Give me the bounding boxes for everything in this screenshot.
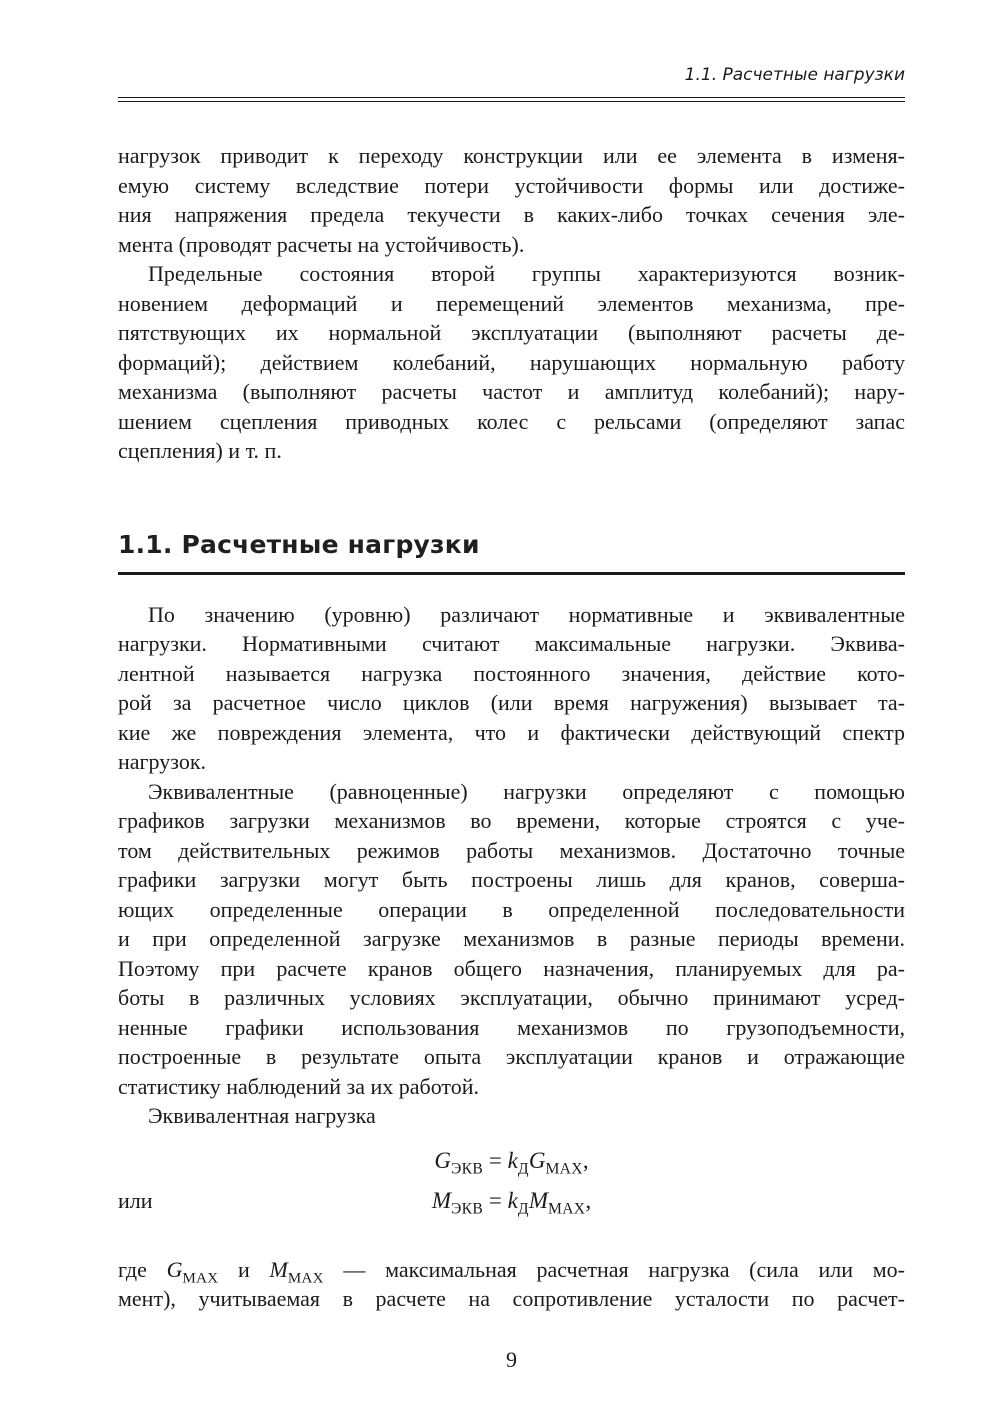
text-line: боты в различных условиях эксплуатации, …	[118, 983, 905, 1013]
paragraph: По значению (уровню) различают нормативн…	[118, 600, 905, 777]
text-line: графиков загрузки механизмов во времени,…	[118, 806, 905, 836]
text-line: сцепления) и т. п.	[118, 436, 905, 466]
section-heading: 1.1. Расчетные нагрузки	[118, 530, 905, 560]
text-line: Эквивалентная нагрузка	[118, 1101, 905, 1131]
text-line: пятствующих их нормальной эксплуатации (…	[118, 318, 905, 348]
text-line: Эквивалентные (равноценные) нагрузки опр…	[118, 777, 905, 807]
formula-variable: M	[529, 1188, 548, 1213]
text-line: нагрузок.	[118, 747, 905, 777]
text-line: ния напряжения предела текучести в каких…	[118, 200, 905, 230]
formula-equivalent-load-g: GЭКВ = kДGMAX,	[118, 1143, 905, 1179]
paragraph: нагрузок приводит к переходу конструкции…	[118, 141, 905, 259]
text-line: емую систему вследствие потери устойчиво…	[118, 171, 905, 201]
text-line: построенные в результате опыта эксплуата…	[118, 1042, 905, 1072]
text-line: мент), учитываемая в расчете на сопротив…	[118, 1284, 905, 1314]
formula-subscript: ЭКВ	[451, 1160, 483, 1177]
book-page: 1.1. Расчетные нагрузки нагрузок приводи…	[0, 0, 1004, 1418]
paragraph: где GMAX и MMAX — максимальная расчетная…	[118, 1255, 905, 1314]
formula-equals: =	[483, 1188, 507, 1213]
text-line: ненные графики использования механизмов …	[118, 1013, 905, 1043]
formula-comma: ,	[585, 1188, 591, 1213]
text-line: Предельные состояния второй группы харак…	[118, 259, 905, 289]
text-line: графики загрузки могут быть построены ли…	[118, 865, 905, 895]
paragraph: Эквивалентная нагрузка	[118, 1101, 905, 1131]
where-description: — максимальная расчетная нагрузка (сила …	[324, 1257, 905, 1282]
running-header: 1.1. Расчетные нагрузки	[118, 64, 905, 86]
text-line: нагрузки. Нормативными считают максималь…	[118, 629, 905, 659]
text-line: механизма (выполняют расчеты частот и ам…	[118, 377, 905, 407]
formula-subscript: Д	[518, 1160, 529, 1177]
formula-variable: k	[508, 1188, 518, 1213]
formula-variable: G	[529, 1148, 546, 1173]
text-line: ющих определенные операции в определенно…	[118, 895, 905, 925]
text-line: кие же повреждения элемента, что и факти…	[118, 718, 905, 748]
text-line: шением сцепления приводных колес с рельс…	[118, 407, 905, 437]
formula-subscript: MAX	[545, 1160, 582, 1177]
text-line: По значению (уровню) различают нормативн…	[118, 600, 905, 630]
text-line: новением деформаций и перемещений элемен…	[118, 289, 905, 319]
formula-variable: G	[167, 1257, 183, 1282]
text-line: и при определенной загрузке механизмов в…	[118, 924, 905, 954]
where-conjunction: и	[218, 1257, 269, 1282]
paragraph: Эквивалентные (равноценные) нагрузки опр…	[118, 777, 905, 1102]
text-line: где GMAX и MMAX — максимальная расчетная…	[118, 1255, 905, 1285]
text-line: мента (проводят расчеты на устойчивость)…	[118, 230, 905, 260]
text-line: лентной называется нагрузка постоянного …	[118, 659, 905, 689]
paragraph: Предельные состояния второй группы харак…	[118, 259, 905, 466]
formula-equivalent-load-m: или MЭКВ = kДMMAX,	[118, 1183, 905, 1219]
text-line: нагрузок приводит к переходу конструкции…	[118, 141, 905, 171]
formula-equals: =	[483, 1148, 507, 1173]
text-line: статистику наблюдений за их работой.	[118, 1072, 905, 1102]
text-line: том действительных режимов работы механи…	[118, 836, 905, 866]
formula-or-label: или	[118, 1183, 153, 1219]
formula-variable: M	[270, 1257, 288, 1282]
header-double-rule	[118, 97, 905, 102]
text-line: рой за расчетное число циклов (или время…	[118, 688, 905, 718]
text-line: формаций); действием колебаний, нарушающ…	[118, 348, 905, 378]
where-prefix: где	[118, 1257, 167, 1282]
text-line: Поэтому при расчете кранов общего назнач…	[118, 954, 905, 984]
page-number: 9	[118, 1347, 905, 1373]
formula-variable: k	[508, 1148, 518, 1173]
formula-variable: M	[432, 1188, 451, 1213]
formula-comma: ,	[583, 1148, 589, 1173]
section-heading-rule	[118, 572, 905, 575]
formula-subscript: ЭКВ	[451, 1200, 483, 1217]
formula-variable: G	[434, 1148, 451, 1173]
formula-subscript: Д	[518, 1200, 529, 1217]
formula-subscript: MAX	[548, 1200, 585, 1217]
